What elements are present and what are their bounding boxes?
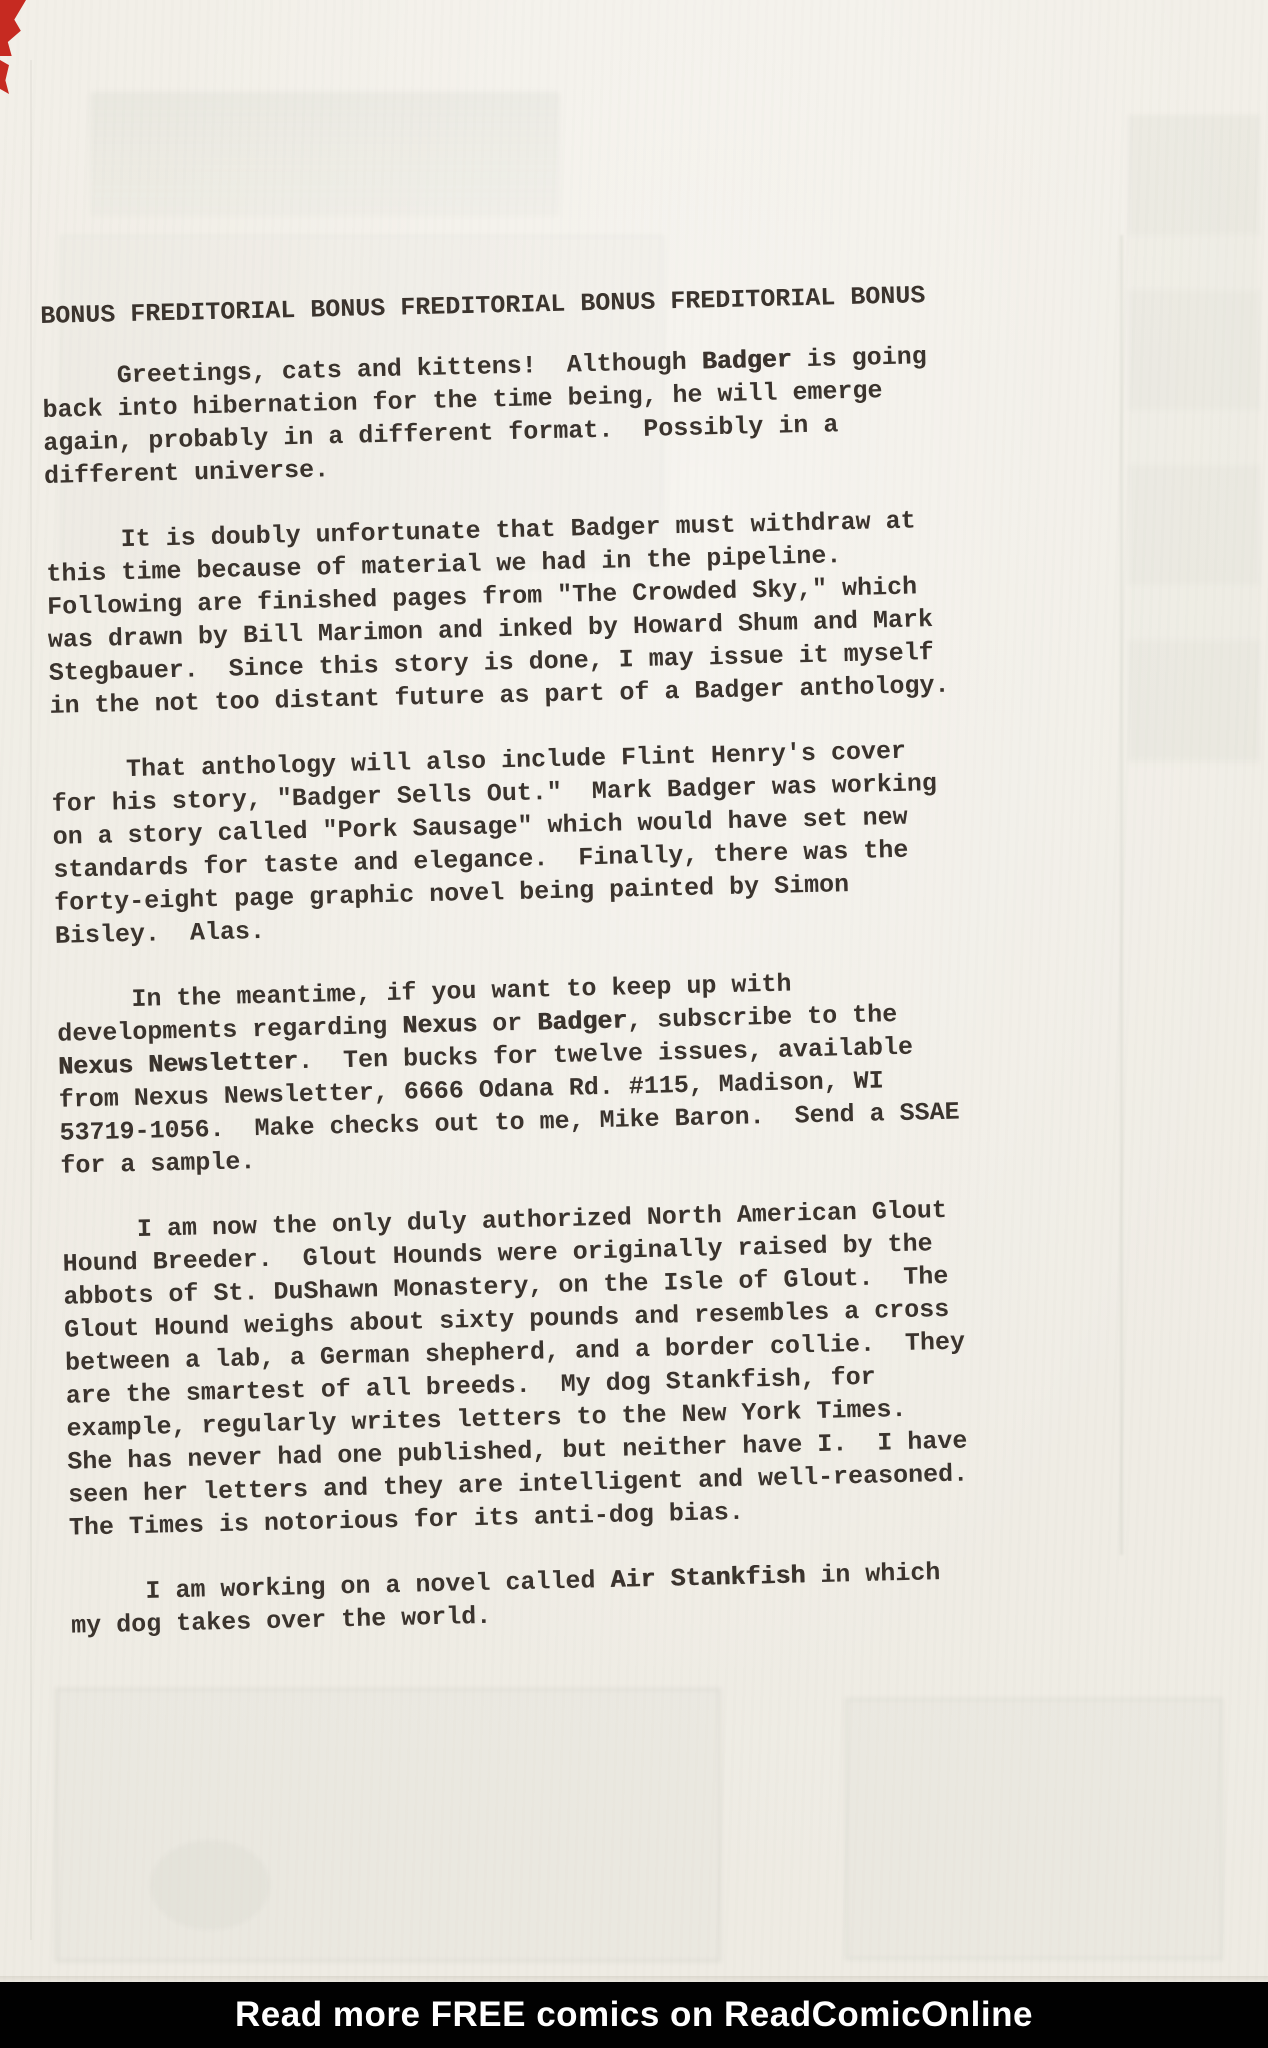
bleedthrough-ghost-bottom-left: [55, 1688, 721, 1962]
paragraph: Greetings, cats and kittens! Although Ba…: [41, 339, 976, 493]
paragraph: I am working on a novel called Air Stank…: [70, 1555, 1003, 1643]
bleedthrough-ghost-bottom-right: [845, 1698, 1223, 1960]
paragraph: I am now the only duly authorized North …: [62, 1193, 1002, 1545]
red-corner-scan-artifact: [0, 0, 26, 56]
bleedthrough-ghost-right-column: [1128, 115, 1260, 765]
readcomiconline-banner[interactable]: Read more FREE comics on ReadComicOnline: [0, 1982, 1268, 2048]
page-edge-line-left: [30, 60, 32, 1940]
paragraph: In the meantime, if you want to keep up …: [56, 963, 992, 1183]
bleedthrough-ghost-bottom-blob: [150, 1840, 270, 1930]
comic-page-scan[interactable]: BONUS FREDITORIAL BONUS FREDITORIAL BONU…: [0, 0, 1268, 1982]
text-block: BONUS FREDITORIAL BONUS FREDITORIAL BONU…: [40, 278, 1004, 1675]
readcomiconline-banner-link[interactable]: Read more FREE comics on ReadComicOnline: [235, 1995, 1033, 2035]
paragraph: It is doubly unfortunate that Badger mus…: [45, 503, 981, 723]
paragraph: That anthology will also include Flint H…: [51, 733, 987, 953]
red-sliver-scan-artifact: [0, 60, 9, 94]
page-edge-line-right: [1120, 235, 1123, 1555]
bleedthrough-ghost-top: [90, 92, 560, 217]
freditorial-header: BONUS FREDITORIAL BONUS FREDITORIAL BONU…: [40, 278, 973, 333]
